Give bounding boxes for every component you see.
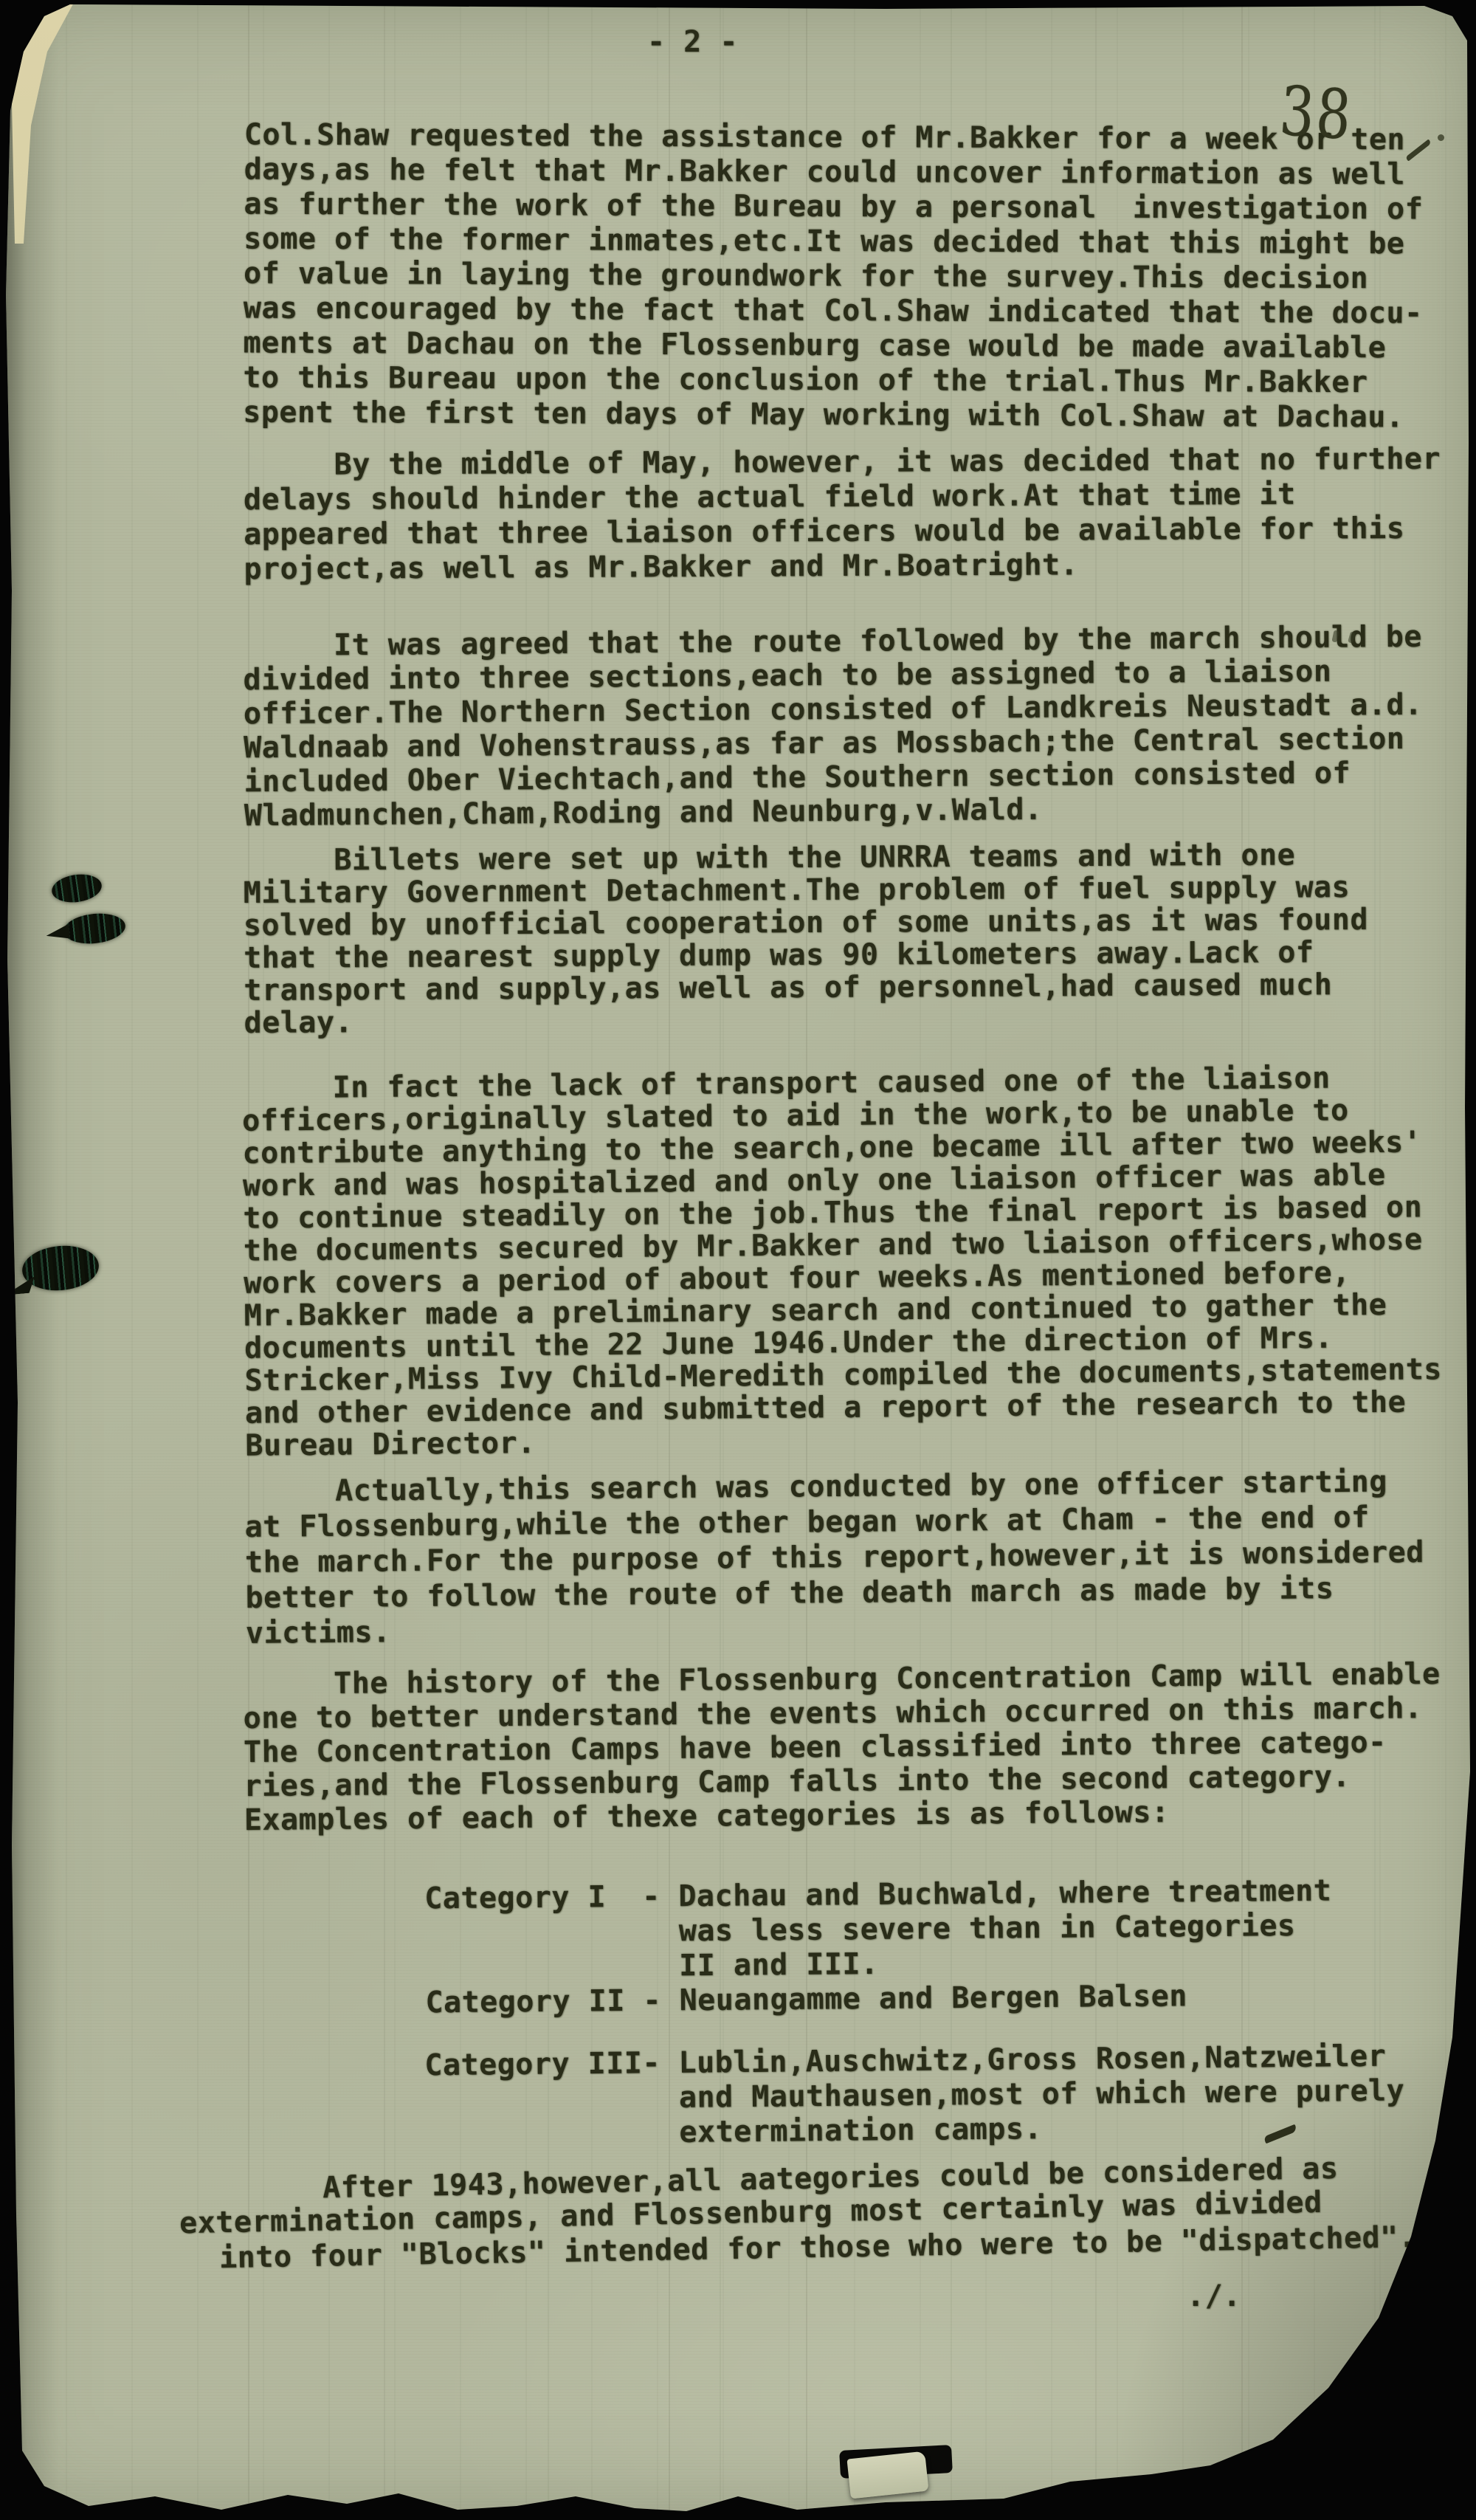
paragraph-middle-of-may: By the middle of May, however, it was de… [244,442,1441,587]
paragraph-search-conducted: Actually,this search was conducted by on… [244,1464,1425,1651]
paragraph-camp-history: The history of the Flossenburg Concentra… [243,1657,1441,1837]
paragraph-billets-unrra: Billets were set up with the UNRRA teams… [243,839,1368,1039]
torn-edge-tab [846,2451,928,2499]
paragraph-route-sections: It was agreed that the route followed by… [243,620,1424,833]
document-paper: - 2 - Col.Shaw requested the assistance … [0,0,1476,2520]
category-list-three: Category III- Lublin,Auschwitz,Gross Ros… [243,2039,1405,2154]
category-list-one-two: Category I - Dachau and Buchwald, where … [243,1874,1333,2022]
ink-blot [62,911,127,947]
paragraph-transport-lack: In fact the lack of transport caused one… [242,1061,1443,1462]
handwritten-page-number: 38 [1277,78,1355,151]
scanned-document-page: - 2 - Col.Shaw requested the assistance … [0,0,1476,2520]
page-number: - 2 - [647,25,738,60]
pen-dot-top-right [1438,134,1444,141]
paragraph-col-shaw-request: Col.Shaw requested the assistance of Mr.… [243,118,1424,436]
continuation-mark: ./. [1187,2279,1241,2313]
